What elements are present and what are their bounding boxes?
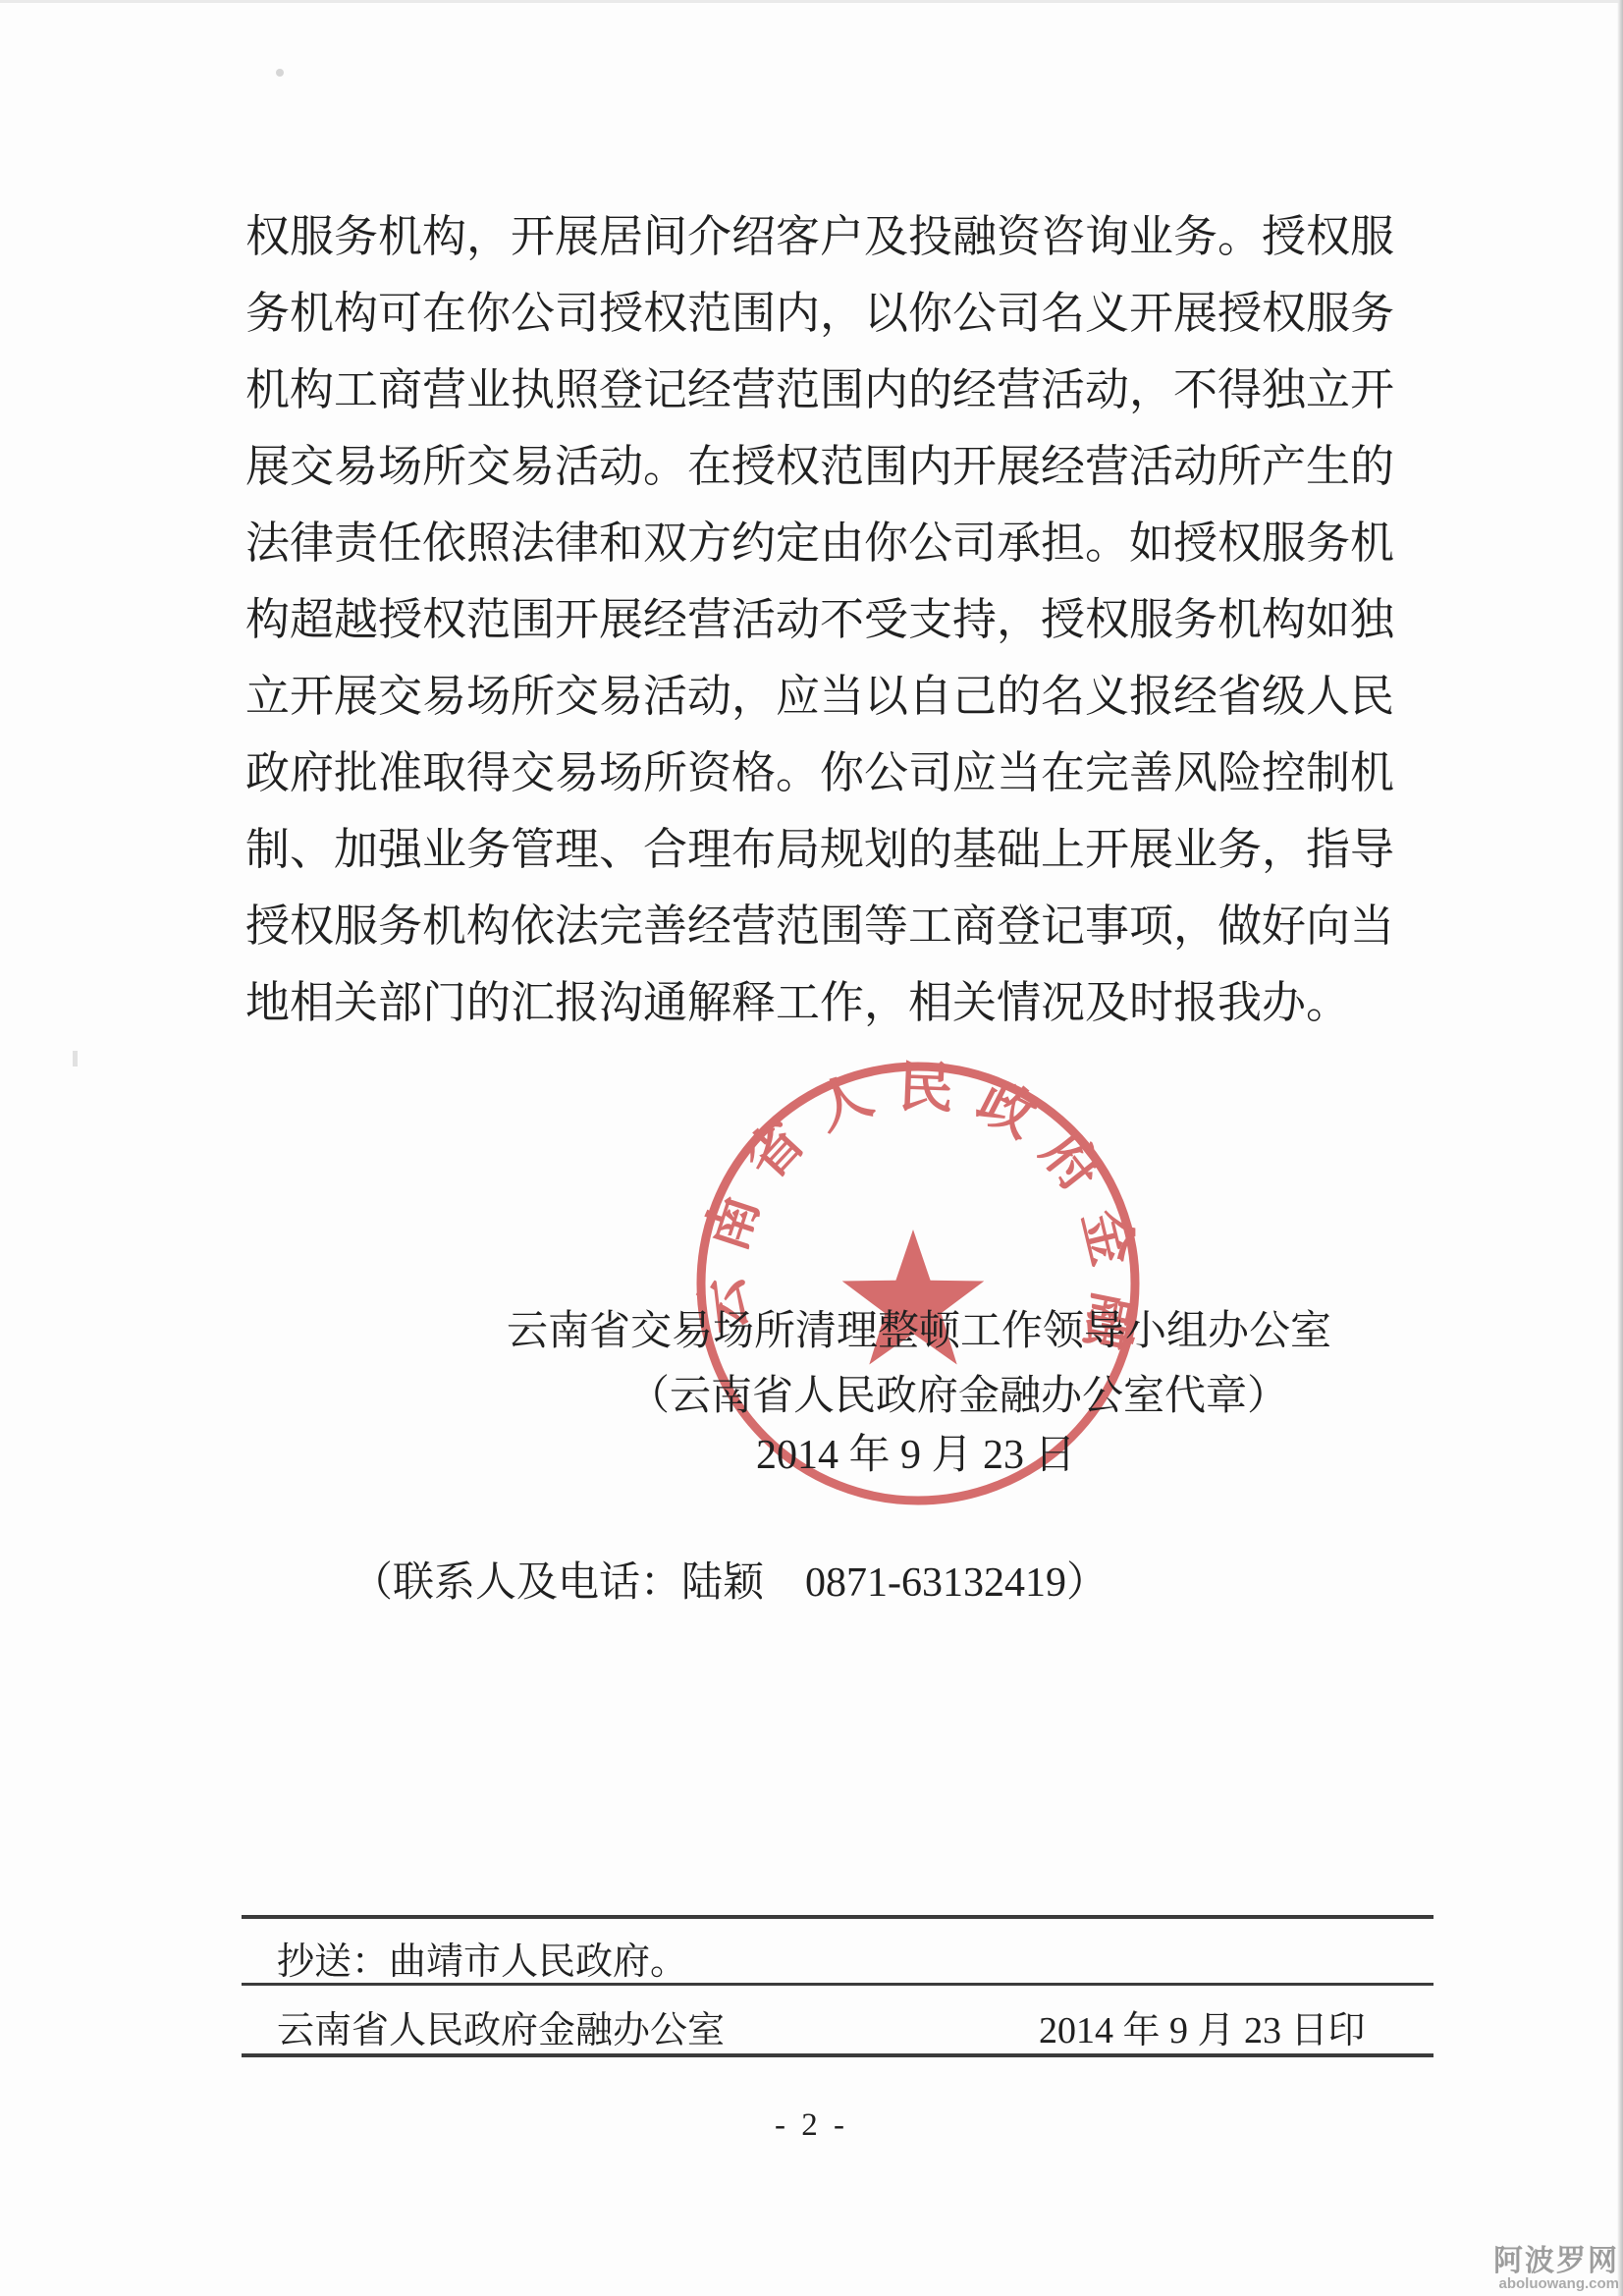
signature-date: 2014 年 9 月 23 日 <box>756 1422 1168 1481</box>
footer-cc-line: 抄送：曲靖市人民政府。 <box>277 1931 687 1985</box>
document-page: 权服务机构，开展居间介绍客户及投融资咨询业务。授权服 务机构可在你公司授权范围内… <box>0 0 1623 2296</box>
body-line: 地相关部门的汇报沟通解释工作，相关情况及时报我办。 <box>245 964 1394 1041</box>
footer-issuer: 云南省人民政府金融办公室 <box>277 1999 725 2053</box>
scan-speck <box>73 1051 78 1066</box>
scan-speck <box>276 69 284 77</box>
footer-rule-bottom <box>242 2053 1434 2057</box>
body-line: 制、加强业务管理、合理布局规划的基础上开展业务，指导 <box>245 811 1394 888</box>
watermark-title: 阿波罗网 <box>1493 2246 1619 2277</box>
signature-proxy: （云南省人民政府金融办公室代章） <box>628 1363 1316 1422</box>
body-line: 构超越授权范围开展经营活动不受支持，授权服务机构如独 <box>245 581 1394 658</box>
body-line: 权服务机构，开展居间介绍客户及投融资咨询业务。授权服 <box>245 198 1394 275</box>
watermark: 阿波罗网 aboluowang.com <box>1493 2246 1619 2292</box>
page-number: - 2 - <box>0 2107 1623 2144</box>
body-line: 务机构可在你公司授权范围内，以你公司名义开展授权服务 <box>245 275 1394 352</box>
scan-edge-top <box>0 0 1623 3</box>
watermark-domain: aboluowang.com <box>1493 2276 1619 2292</box>
body-line: 政府批准取得交易场所资格。你公司应当在完善风险控制机 <box>245 735 1394 811</box>
body-line: 立开展交易场所交易活动，应当以自己的名义报经省级人民 <box>245 658 1394 735</box>
body-line: 机构工商营业执照登记经营范围内的经营活动，不得独立开 <box>245 352 1394 428</box>
body-line: 授权服务机构依法完善经营范围等工商登记事项，做好向当 <box>245 888 1394 964</box>
footer-print-date: 2014 年 9 月 23 日印 <box>1039 1999 1366 2053</box>
footer-rule-middle <box>242 1983 1434 1986</box>
body-paragraph: 权服务机构，开展居间介绍客户及投融资咨询业务。授权服 务机构可在你公司授权范围内… <box>245 198 1394 1041</box>
scan-edge-right <box>1617 0 1623 2296</box>
body-line: 法律责任依照法律和双方约定由你公司承担。如授权服务机 <box>245 505 1394 581</box>
signature-office: 云南省交易场所清理整顿工作领导小组办公室 <box>507 1298 1390 1357</box>
body-line: 展交易场所交易活动。在授权范围内开展经营活动所产生的 <box>245 428 1394 505</box>
footer-rule-top <box>242 1915 1434 1919</box>
contact-line: （联系人及电话：陆颖 0871-63132419） <box>352 1550 1235 1609</box>
